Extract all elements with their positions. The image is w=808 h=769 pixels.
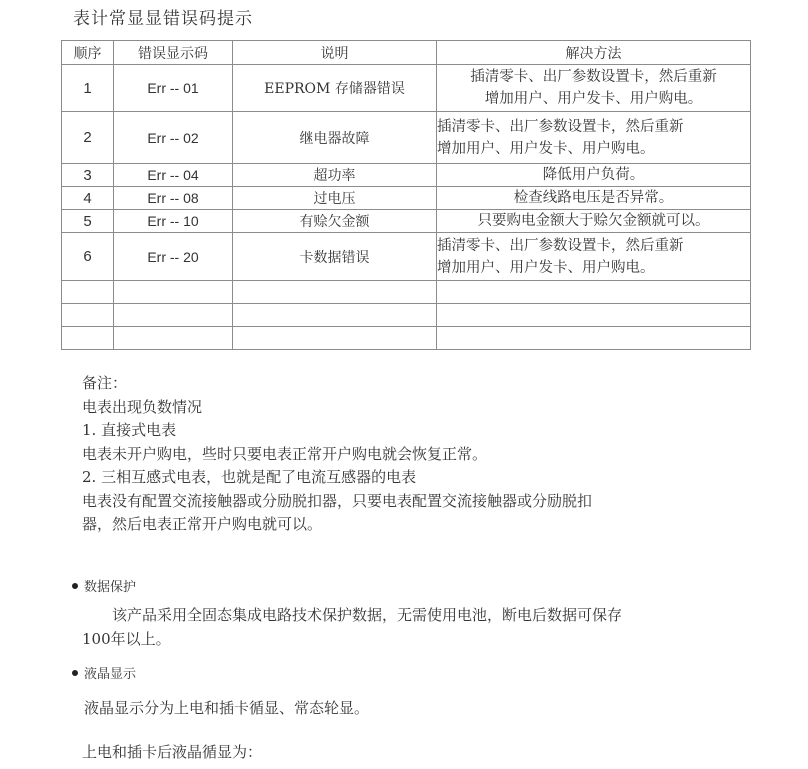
table-header-row: 顺序 错误显示码 说明 解决方法 <box>62 41 751 65</box>
paragraph-line: 液晶显示分为上电和插卡循显、常态轮显。 <box>84 696 369 720</box>
solution-line: 插清零卡、出厂参数设置卡，然后重新 <box>437 116 750 138</box>
solution-line: 增加用户、用户发卡、用户购电。 <box>437 138 750 160</box>
section-heading-data-protection: 数据保护 <box>72 576 136 595</box>
cell-code: Err -- 10 <box>114 210 233 233</box>
solution-line: 插清零卡、出厂参数设置卡，然后重新 <box>437 66 750 88</box>
table-row: 3 Err -- 04 超功率 降低用户负荷。 <box>62 164 751 187</box>
notes-heading: 备注： <box>82 372 592 396</box>
footer-line: 上电和插卡后液晶循显为： <box>82 740 262 764</box>
cell-solution: 只要购电金额大于赊欠金额就可以。 <box>437 210 751 233</box>
cell-desc: 卡数据错误 <box>233 233 437 281</box>
table-row: 1 Err -- 01 EEPROM 存储器错误 插清零卡、出厂参数设置卡，然后… <box>62 65 751 112</box>
notes-line: 电表出现负数情况 <box>82 396 592 420</box>
lcd-display-body: 液晶显示分为上电和插卡循显、常态轮显。 <box>84 696 369 720</box>
notes-line: 电表未开户购电，些时只要电表正常开户购电就会恢复正常。 <box>82 443 592 467</box>
solution-line: 增加用户、用户发卡、用户购电。 <box>437 257 750 279</box>
notes-line: 器，然后电表正常开户购电就可以。 <box>82 513 592 537</box>
bullet-icon <box>72 670 78 676</box>
cell-seq: 1 <box>62 65 114 112</box>
empty-cell <box>114 281 233 304</box>
bullet-icon <box>72 583 78 589</box>
table-row: 2 Err -- 02 继电器故障 插清零卡、出厂参数设置卡，然后重新 增加用户… <box>62 112 751 164</box>
cell-solution: 插清零卡、出厂参数设置卡，然后重新 增加用户、用户发卡、用户购电。 <box>437 112 751 164</box>
cell-seq: 5 <box>62 210 114 233</box>
cell-desc: EEPROM 存储器错误 <box>233 65 437 112</box>
section-heading-lcd-display: 液晶显示 <box>72 663 136 682</box>
table-row: 6 Err -- 20 卡数据错误 插清零卡、出厂参数设置卡，然后重新 增加用户… <box>62 233 751 281</box>
solution-line: 增加用户、用户发卡、用户购电。 <box>437 88 750 110</box>
notes-line: 2. 三相互感式电表，也就是配了电流互感器的电表 <box>82 466 592 490</box>
cell-desc: 有赊欠金额 <box>233 210 437 233</box>
cell-seq: 4 <box>62 187 114 210</box>
cell-desc: 超功率 <box>233 164 437 187</box>
header-code: 错误显示码 <box>114 41 233 65</box>
cell-solution: 降低用户负荷。 <box>437 164 751 187</box>
notes-line: 电表没有配置交流接触器或分励脱扣器，只要电表配置交流接触器或分励脱扣 <box>82 490 592 514</box>
empty-cell <box>62 281 114 304</box>
empty-cell <box>437 281 751 304</box>
empty-cell <box>233 327 437 350</box>
cell-code: Err -- 08 <box>114 187 233 210</box>
cell-seq: 2 <box>62 112 114 164</box>
cell-seq: 6 <box>62 233 114 281</box>
empty-row <box>62 327 751 350</box>
cell-solution: 插清零卡、出厂参数设置卡，然后重新 增加用户、用户发卡、用户购电。 <box>437 65 751 112</box>
header-desc: 说明 <box>233 41 437 65</box>
cell-desc: 过电压 <box>233 187 437 210</box>
cell-solution: 插清零卡、出厂参数设置卡，然后重新 增加用户、用户发卡、用户购电。 <box>437 233 751 281</box>
empty-row <box>62 304 751 327</box>
table-row: 4 Err -- 08 过电压 检查线路电压是否异常。 <box>62 187 751 210</box>
cell-seq: 3 <box>62 164 114 187</box>
notes-section: 备注： 电表出现负数情况 1. 直接式电表 电表未开户购电，些时只要电表正常开户… <box>82 372 592 537</box>
empty-cell <box>114 304 233 327</box>
header-solution: 解决方法 <box>437 41 751 65</box>
cell-code: Err -- 20 <box>114 233 233 281</box>
data-protection-body: 该产品采用全固态集成电路技术保护数据，无需使用电池，断电后数据可保存 100年以… <box>82 603 622 651</box>
paragraph-line: 该产品采用全固态集成电路技术保护数据，无需使用电池，断电后数据可保存 <box>82 603 622 627</box>
empty-cell <box>62 327 114 350</box>
cell-code: Err -- 04 <box>114 164 233 187</box>
cell-code: Err -- 02 <box>114 112 233 164</box>
empty-cell <box>437 304 751 327</box>
empty-cell <box>62 304 114 327</box>
empty-cell <box>233 281 437 304</box>
cell-code: Err -- 01 <box>114 65 233 112</box>
table-row: 5 Err -- 10 有赊欠金额 只要购电金额大于赊欠金额就可以。 <box>62 210 751 233</box>
notes-line: 1. 直接式电表 <box>82 419 592 443</box>
header-seq: 顺序 <box>62 41 114 65</box>
empty-cell <box>437 327 751 350</box>
paragraph-line: 100年以上。 <box>82 627 622 651</box>
empty-cell <box>233 304 437 327</box>
solution-line: 插清零卡、出厂参数设置卡，然后重新 <box>437 235 750 257</box>
cell-desc: 继电器故障 <box>233 112 437 164</box>
error-code-table: 顺序 错误显示码 说明 解决方法 1 Err -- 01 EEPROM 存储器错… <box>61 40 751 350</box>
empty-row <box>62 281 751 304</box>
page-title: 表计常显显错误码提示 <box>73 4 253 29</box>
cell-solution: 检查线路电压是否异常。 <box>437 187 751 210</box>
section-heading-text: 液晶显示 <box>84 663 136 682</box>
section-heading-text: 数据保护 <box>84 576 136 595</box>
empty-cell <box>114 327 233 350</box>
